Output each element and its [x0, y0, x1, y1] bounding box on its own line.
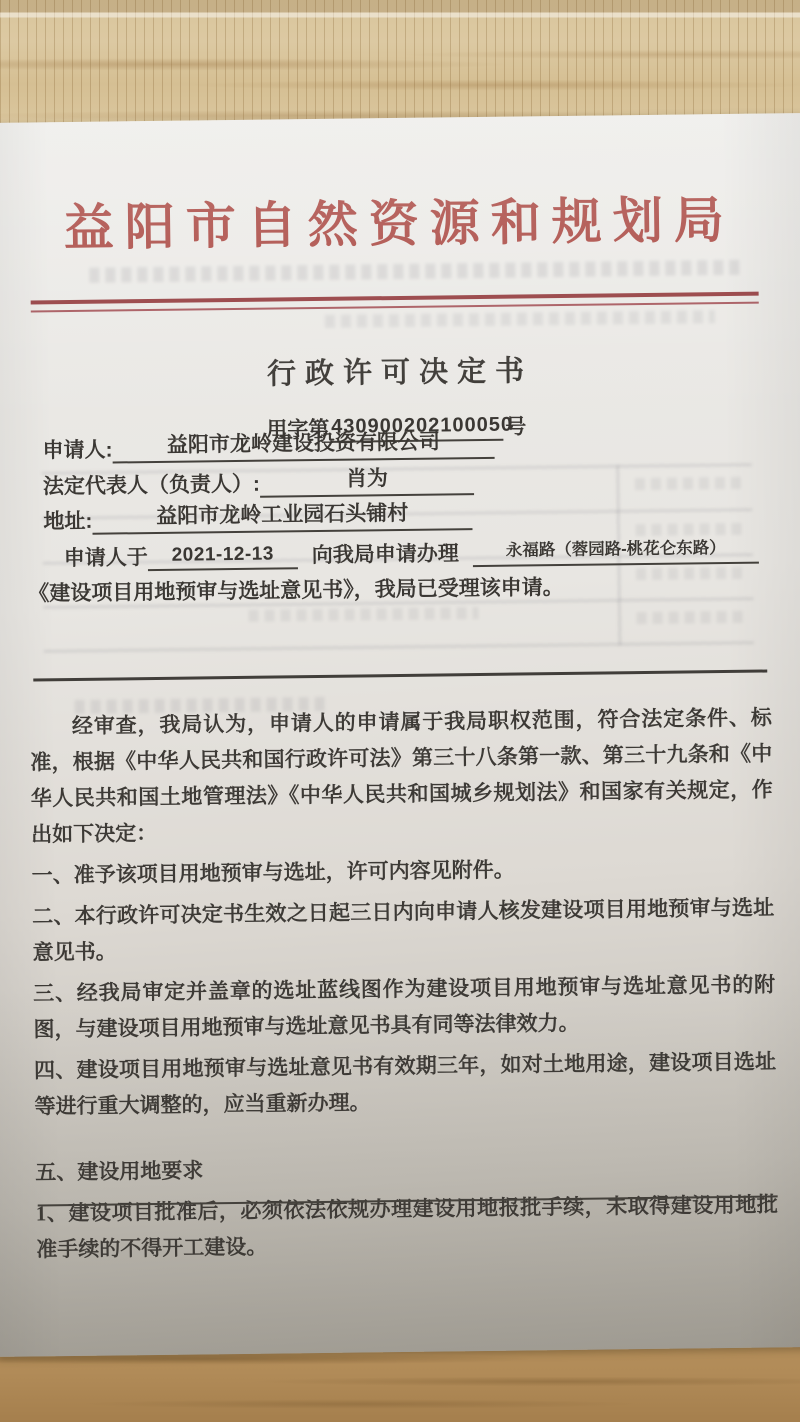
- field-applicant: 申请人: 益阳市龙岭建设投资有限公司: [42, 425, 494, 465]
- field-address: 地址: 益阳市龙岭工业园石头铺村: [43, 496, 472, 535]
- application-middle: 向我局申请办理: [312, 537, 459, 569]
- photo-scene: 益阳市自然资源和规划局 行政许可决定书 用字第430900202100050号 …: [0, 0, 800, 1422]
- document-title: 行政许可决定书: [0, 345, 800, 396]
- field-applicant-value: 益阳市龙岭建设投资有限公司: [112, 425, 494, 464]
- doc-number-suffix: 号: [505, 410, 526, 440]
- bleedthrough-text-mid: [248, 607, 478, 622]
- field-legal-representative: 法定代表人（负责人）: 肖为: [43, 461, 474, 500]
- decision-item-2: 二、本行政许可决定书生效之日起三日内向申请人核发建设项目用地预审与选址意见书。: [32, 889, 775, 970]
- field-legal-representative-value: 肖为: [260, 461, 474, 498]
- application-prefix: 申请人于: [64, 541, 148, 572]
- letterhead-rule-thin: [31, 302, 759, 313]
- decision-body: 经审查，我局认为，申请人的申请属于我局职权范围，符合法定条件、标准，根据《中华人…: [30, 699, 779, 1272]
- bleedthrough-text-below-rule: [325, 310, 715, 328]
- decision-item-1: 一、准予该项目用地预审与选址，许可内容见附件。: [31, 848, 773, 893]
- license-decision-document: 益阳市自然资源和规划局 行政许可决定书 用字第430900202100050号 …: [0, 113, 800, 1357]
- bleedthrough-table-cell-4: [637, 611, 747, 624]
- application-project-name: 永福路（蓉园路-桃花仑东路）: [473, 534, 759, 567]
- application-line: 申请人于 2021-12-13 向我局申请办理 永福路（蓉园路-桃花仑东路）: [64, 530, 759, 572]
- decision-paragraph-review: 经审查，我局认为，申请人的申请属于我局职权范围，符合法定条件、标准，根据《中华人…: [30, 699, 774, 852]
- field-legal-representative-label: 法定代表人（负责人）:: [43, 468, 260, 501]
- bleedthrough-table-cell-1: [635, 477, 745, 490]
- bleedthrough-table-line-5: [44, 642, 754, 652]
- field-applicant-label: 申请人:: [42, 433, 112, 464]
- decision-item-3: 三、经我局审定并盖章的选址蓝线图作为建设项目用地预审与选址意见书的附图，与建设项…: [33, 966, 776, 1047]
- section-divider-rule: [33, 670, 767, 682]
- application-date: 2021-12-13: [148, 543, 298, 571]
- field-address-value: 益阳市龙岭工业园石头铺村: [92, 496, 472, 535]
- application-acceptance-sentence: 《建设项目用地预审与选址意见书》，我局已受理该申请。: [28, 568, 768, 607]
- decision-item-4: 四、建设项目用地预审与选址意见书有效期三年，如对土地用途，建设项目选址等进行重大…: [34, 1043, 777, 1124]
- agency-letterhead-title: 益阳市自然资源和规划局: [0, 179, 800, 261]
- bleedthrough-text-top: [89, 260, 739, 283]
- decision-item-5-heading: 五、建设用地要求: [35, 1145, 777, 1190]
- field-address-label: 地址:: [43, 505, 92, 536]
